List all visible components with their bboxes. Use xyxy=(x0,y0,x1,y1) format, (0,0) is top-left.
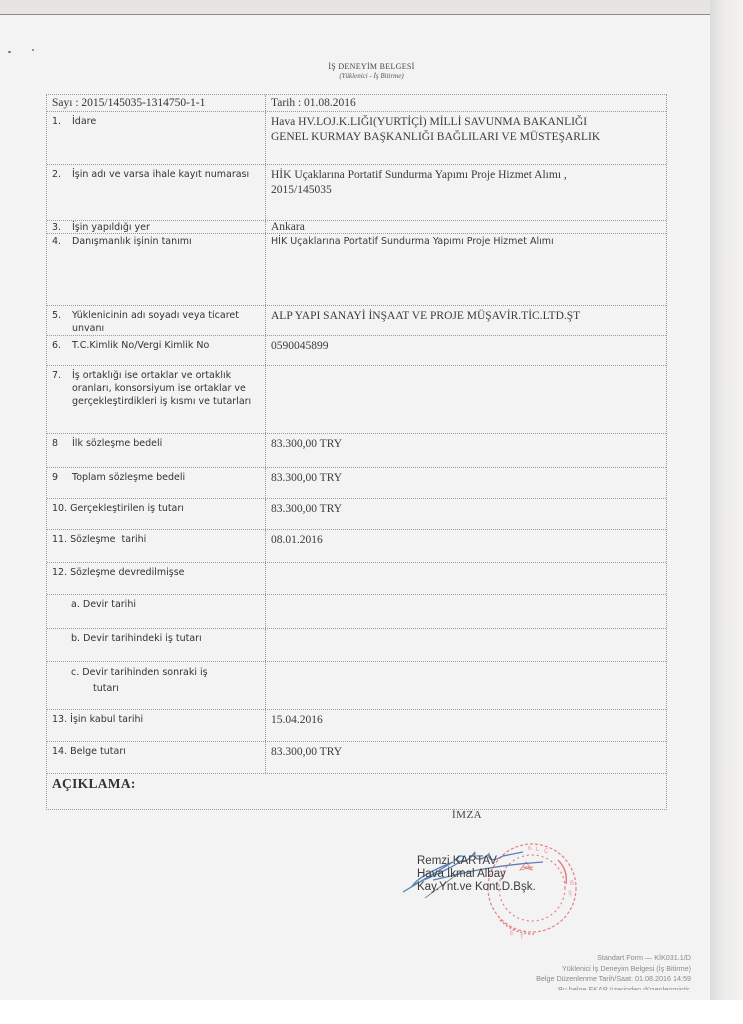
table-row-aciklama: AÇIKLAMA: xyxy=(47,774,666,809)
footer-ekap-note: Bu belge EKAP üzerinden düzenlenmiştir. xyxy=(536,985,691,990)
row-value xyxy=(266,595,666,628)
row-label: Toplam sözleşme bedeli xyxy=(72,472,185,483)
row-label: Devir tarihinden sonraki iş xyxy=(82,667,207,678)
row-label: İlk sözleşme bedeli xyxy=(72,438,162,449)
row-label: İdare xyxy=(72,116,96,127)
table-row-yuklenici: 5.Yüklenicinin adı soyadı veya ticaret u… xyxy=(47,306,666,336)
idare-value-line1: Hava HV.LOJ.K.LIĞI(YURTİÇİ) MİLLİ SAVUNM… xyxy=(271,115,661,130)
row-label: Devir tarihi xyxy=(83,599,136,610)
scan-speck xyxy=(32,49,34,51)
row-value: ALP YAPI SANAYİ İNŞAAT VE PROJE MÜŞAVİR.… xyxy=(266,306,666,335)
svg-text:E: E xyxy=(510,931,514,937)
footer-form-name: Yüklenici İş Deneyim Belgesi (İş Bitirme… xyxy=(536,964,691,975)
table-row-gerceklestirilen: 10. Gerçekleştirilen iş tutarı 83.300,00… xyxy=(47,499,666,530)
svg-text:Ş: Ş xyxy=(568,891,572,897)
table-row-sozlesme-tarihi: 11. Sözleşme tarihi 08.01.2016 xyxy=(47,530,666,563)
table-row-tanim: 4.Danışmanlık işinin tanımı HİK Uçakları… xyxy=(47,234,666,306)
row-value: 83.300,00 TRY xyxy=(266,468,666,498)
row-label: Belge tutarı xyxy=(70,746,126,757)
row-label: İş ortaklığı ise ortaklar ve ortaklık or… xyxy=(72,369,260,430)
table-row-ilk-sozlesme: 8İlk sözleşme bedeli 83.300,00 TRY xyxy=(47,434,666,468)
table-row-yer: 3.İşin yapıldığı yer Ankara xyxy=(47,221,666,234)
footer-issue-datetime: Belge Düzenlenme Tarih/Saat: 01.08.2016 … xyxy=(536,974,691,985)
row-value: HİK Uçaklarına Portatif Sundurma Yapımı … xyxy=(266,234,666,305)
signatory-title: Kay.Ynt.ve Kont.D.Bşk. xyxy=(417,881,536,894)
row-label: Gerçekleştirilen iş tutarı xyxy=(70,503,184,514)
table-header-row: Sayı : 2015/145035-1314750-1-1 Tarih : 0… xyxy=(47,95,666,112)
row-value xyxy=(266,629,666,661)
row-label: Yüklenicinin adı soyadı veya ticaret unv… xyxy=(72,309,260,332)
row-label: T.C.Kimlik No/Vergi Kimlik No xyxy=(72,340,209,351)
idare-value-line2: GENEL KURMAY BAŞKANLIĞI BAĞLILARI VE MÜS… xyxy=(271,130,661,145)
row-value xyxy=(266,662,666,709)
experience-certificate-table: Sayı : 2015/145035-1314750-1-1 Tarih : 0… xyxy=(46,94,667,810)
document-title: İŞ DENEYİM BELGESİ xyxy=(0,62,743,71)
row-label: Sözleşme tarihi xyxy=(70,534,146,545)
row-value: 83.300,00 TRY xyxy=(266,434,666,467)
row-value: 08.01.2016 xyxy=(266,530,666,562)
svg-text:B: B xyxy=(570,881,574,887)
table-row-devir-tarihi: a. Devir tarihi xyxy=(47,595,666,629)
form-footer: Standart Form — KİK031.1/D Yüklenici İş … xyxy=(536,953,691,990)
row-label: İşin kabul tarihi xyxy=(70,714,143,725)
tarih-label: Tarih : 01.08.2016 xyxy=(266,95,666,111)
row-value xyxy=(266,563,666,594)
table-row-devir: 12. Sözleşme devredilmişse xyxy=(47,563,666,595)
table-row-devir-sonrasi: c. Devir tarihinden sonraki iş tutarı xyxy=(47,662,666,710)
table-row-toplam-sozlesme: 9Toplam sözleşme bedeli 83.300,00 TRY xyxy=(47,468,666,499)
row-label: İşin yapıldığı yer xyxy=(72,222,150,233)
sayi-label: Sayı : 2015/145035-1314750-1-1 xyxy=(47,95,266,111)
row-label: Devir tarihindeki iş tutarı xyxy=(83,633,202,644)
row-value: Ankara xyxy=(266,221,666,233)
aciklama-label: AÇIKLAMA: xyxy=(47,774,666,809)
table-row-is-ortakligi: 7.İş ortaklığı ise ortaklar ve ortaklık … xyxy=(47,366,666,434)
scan-bottom-margin xyxy=(0,1000,743,1024)
scan-speck xyxy=(8,51,11,53)
table-row-devir-is-tutari: b. Devir tarihindeki iş tutarı xyxy=(47,629,666,662)
signatory-name: Remzi KARTAV xyxy=(417,855,536,868)
is-adi-value-line1: HİK Uçaklarına Portatif Sundurma Yapımı … xyxy=(271,168,661,183)
row-label: İşin adı ve varsa ihale kayıt numarası xyxy=(72,168,249,217)
table-row-belge-tutari: 14. Belge tutarı 83.300,00 TRY xyxy=(47,742,666,774)
table-row-kabul-tarihi: 13. İşin kabul tarihi 15.04.2016 xyxy=(47,710,666,742)
footer-form-code: Standart Form — KİK031.1/D xyxy=(536,953,691,964)
row-value: 15.04.2016 xyxy=(266,710,666,741)
row-value: 83.300,00 TRY xyxy=(266,742,666,773)
row-label: Sözleşme devredilmişse xyxy=(70,567,184,578)
row-label-cont: tutarı xyxy=(71,681,260,697)
is-adi-value-line2: 2015/145035 xyxy=(271,183,661,198)
table-row-is-adi: 2.İşin adı ve varsa ihale kayıt numarası… xyxy=(47,165,666,221)
signatory-rank: Hava İkmal Albay xyxy=(417,868,536,881)
document-subtitle: (Yüklenici - İş Bitirme) xyxy=(0,72,743,80)
row-label: Danışmanlık işinin tanımı xyxy=(72,236,192,247)
imza-label: İMZA xyxy=(452,809,482,821)
table-row-vergi-no: 6.T.C.Kimlik No/Vergi Kimlik No 05900458… xyxy=(47,336,666,366)
row-value xyxy=(266,366,666,433)
row-value: 0590045899 xyxy=(266,336,666,365)
signatory-block: Remzi KARTAV Hava İkmal Albay Kay.Ynt.ve… xyxy=(417,855,536,894)
row-value: 83.300,00 TRY xyxy=(266,499,666,529)
table-row-idare: 1.İdare Hava HV.LOJ.K.LIĞI(YURTİÇİ) MİLL… xyxy=(47,112,666,165)
svg-text:T: T xyxy=(520,935,524,941)
scan-edge xyxy=(710,0,743,1024)
